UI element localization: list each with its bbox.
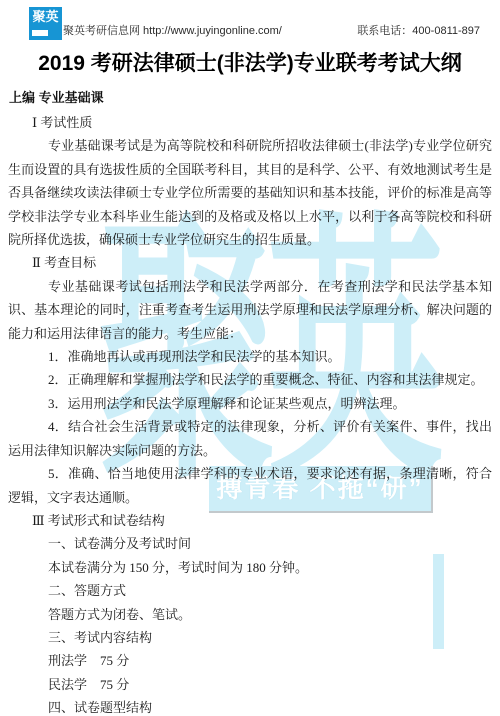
doc-heading: Ⅰ 考试性质: [8, 111, 492, 134]
doc-para: 4．结合社会生活背景或特定的法律现象，分析、评价有关案件、事件，找出运用法律知识…: [8, 415, 492, 462]
doc-para: 一、试卷满分及考试时间: [8, 532, 492, 555]
juying-logo: 聚英: [29, 7, 62, 40]
site-link[interactable]: 聚英考研信息网 http://www.juyingonline.com/: [63, 22, 282, 38]
doc-para: 答题方式为闭卷、笔试。: [8, 603, 492, 626]
edition-heading: 上编 专业基础课: [9, 87, 500, 106]
doc-para: 刑法学 75 分: [8, 649, 492, 672]
page-root: { "header": { "logo": { "text": "聚英", "b…: [0, 0, 500, 716]
document-page: 聚英 聚英考研信息网 http://www.juyingonline.com/ …: [0, 0, 500, 716]
doc-para: 1．准确地再认或再现刑法学和民法学的基本知识。: [8, 345, 492, 368]
doc-para: 四、试卷题型结构: [8, 696, 492, 716]
doc-para: 民法学 75 分: [8, 673, 492, 696]
doc-para: 5．准确、恰当地使用法律学科的专业术语，要求论述有据，条理清晰，符合逻辑，文字表…: [8, 462, 492, 509]
logo-text: 聚英: [32, 9, 58, 24]
doc-para: 二、答题方式: [8, 579, 492, 602]
logo-strip: [32, 30, 48, 36]
doc-para: 专业基础课考试包括刑法学和民法学两部分．在考查刑法学和民法学基本知识、基本理论的…: [8, 275, 492, 345]
doc-para: 专业基础课考试是为高等院校和科研院所招收法律硕士(非法学)专业学位研究生而设置的…: [8, 134, 492, 251]
doc-para: 三、考试内容结构: [8, 626, 492, 649]
doc-para: 3．运用刑法学和民法学原理解释和论证某些观点，明辨法理。: [8, 392, 492, 415]
header: 聚英 聚英考研信息网 http://www.juyingonline.com/ …: [0, 0, 500, 44]
doc-para: 本试卷满分为 150 分，考试时间为 180 分钟。: [8, 556, 492, 579]
doc-heading: Ⅱ 考查目标: [8, 251, 492, 274]
doc-para: 2．正确理解和掌握刑法学和民法学的重要概念、特征、内容和其法律规定。: [8, 368, 492, 391]
page-title: 2019 考研法律硕士(非法学)专业联考考试大纲: [10, 50, 490, 78]
doc-heading: Ⅲ 考试形式和试卷结构: [8, 509, 492, 532]
phone-label: 联系电话：400-0811-897: [357, 22, 480, 38]
document-body: Ⅰ 考试性质专业基础课考试是为高等院校和科研院所招收法律硕士(非法学)专业学位研…: [8, 111, 492, 716]
